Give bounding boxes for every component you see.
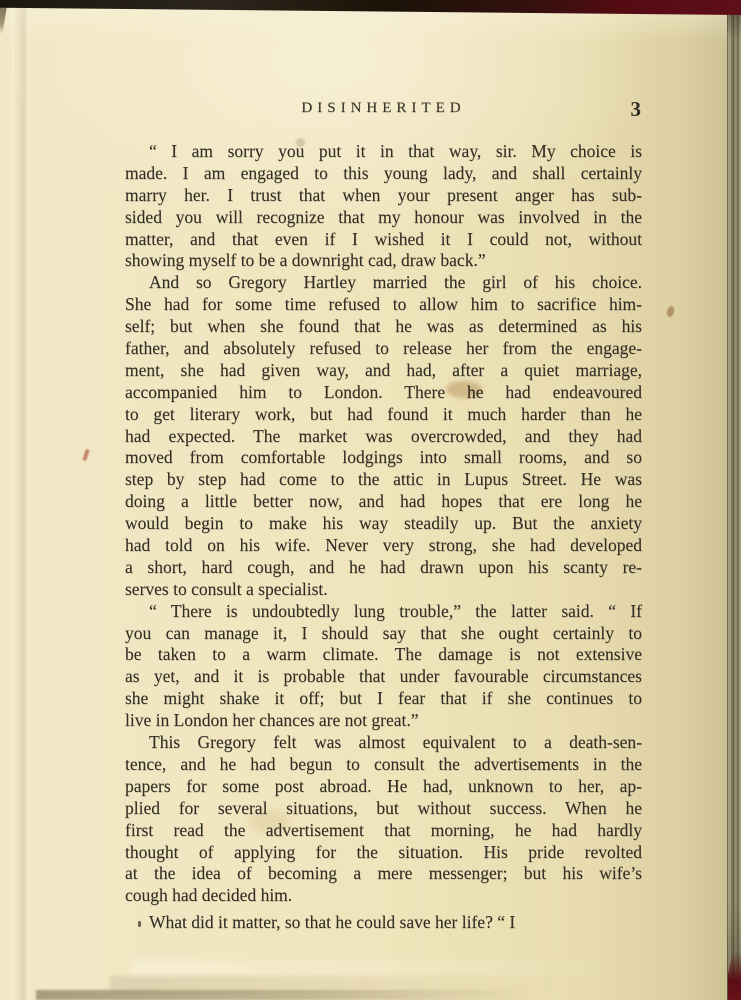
paragraph: And so Gregory Hartley married the girl … (125, 272, 642, 600)
text-line: live in London her chances are not great… (125, 710, 642, 732)
text-line: you can manage it, I should say that she… (125, 623, 642, 645)
text-line: moved from comfortable lodgings into sma… (125, 447, 642, 469)
text-line: a short, hard cough, and he had drawn up… (125, 557, 642, 579)
page-number: 3 (631, 97, 642, 122)
text-line: self; but when she found that he was as … (125, 316, 642, 338)
text-line: matter, and that even if I wished it I c… (125, 229, 642, 251)
text-line: to get literary work, but had found it m… (125, 404, 642, 426)
text-line: What did it matter, so that he could sav… (125, 912, 642, 934)
text-line: “ There is undoubtedly lung trouble,” th… (125, 601, 642, 623)
text-line: accompanied him to London. There he had … (125, 382, 642, 404)
text-line: “ I am sorry you put it in that way, sir… (125, 141, 642, 163)
text-line: This Gregory felt was almost equivalent … (125, 732, 642, 754)
paper-fold-highlight (130, 960, 650, 976)
text-line: as yet, and it is probable that under fa… (125, 666, 642, 688)
text-line: had told on his wife. Never very strong,… (125, 535, 642, 557)
text-line: cough had decided him. (125, 885, 642, 907)
text-line: made. I am engaged to this young lady, a… (125, 163, 642, 185)
text-line: father, and absolutely refused to releas… (125, 338, 642, 360)
body-text: “ I am sorry you put it in that way, sir… (125, 141, 642, 934)
book-page: DISINHERITED 3 “ I am sorry you put it i… (0, 0, 727, 1000)
text-line: plied for several situations, but withou… (125, 798, 642, 820)
text-line: at the idea of becoming a mere messenger… (125, 863, 642, 885)
page-crease (12, 0, 34, 1000)
paragraph: What did it matter, so that he could sav… (125, 912, 642, 934)
paragraph: “ There is undoubtedly lung trouble,” th… (125, 601, 642, 732)
text-line: tence, and he had begun to consult the a… (125, 754, 642, 776)
text-line: be taken to a warm climate. The damage i… (125, 644, 642, 666)
text-line: first read the advertisement that mornin… (125, 820, 642, 842)
text-line: ment, she had given way, and had, after … (125, 360, 642, 382)
text-line: had expected. The market was overcrowded… (125, 426, 642, 448)
text-line: papers for some post abroad. He had, unk… (125, 776, 642, 798)
text-line: showing myself to be a downright cad, dr… (125, 250, 642, 272)
text-line: would begin to make his way steadily up.… (125, 513, 642, 535)
text-line: serves to consult a specialist. (125, 579, 642, 601)
paragraph: This Gregory felt was almost equivalent … (125, 732, 642, 907)
text-line: thought of applying for the situation. H… (125, 842, 642, 864)
text-line: marry her. I trust that when your presen… (125, 185, 642, 207)
page-header: DISINHERITED 3 (125, 100, 642, 126)
page-bottom-shadow (36, 990, 700, 1000)
text-line: And so Gregory Hartley married the girl … (125, 272, 642, 294)
text-line: She had for some time refused to allow h… (125, 294, 642, 316)
book-scan: DISINHERITED 3 “ I am sorry you put it i… (0, 0, 741, 1000)
text-line: doing a little better now, and had hopes… (125, 491, 642, 513)
paragraph: “ I am sorry you put it in that way, sir… (125, 141, 642, 272)
running-title: DISINHERITED (125, 100, 642, 117)
text-line: step by step had come to the attic in Lu… (125, 469, 642, 491)
text-line: she might shake it off; but I fear that … (125, 688, 642, 710)
text-line: sided you will recognize that my honour … (125, 207, 642, 229)
